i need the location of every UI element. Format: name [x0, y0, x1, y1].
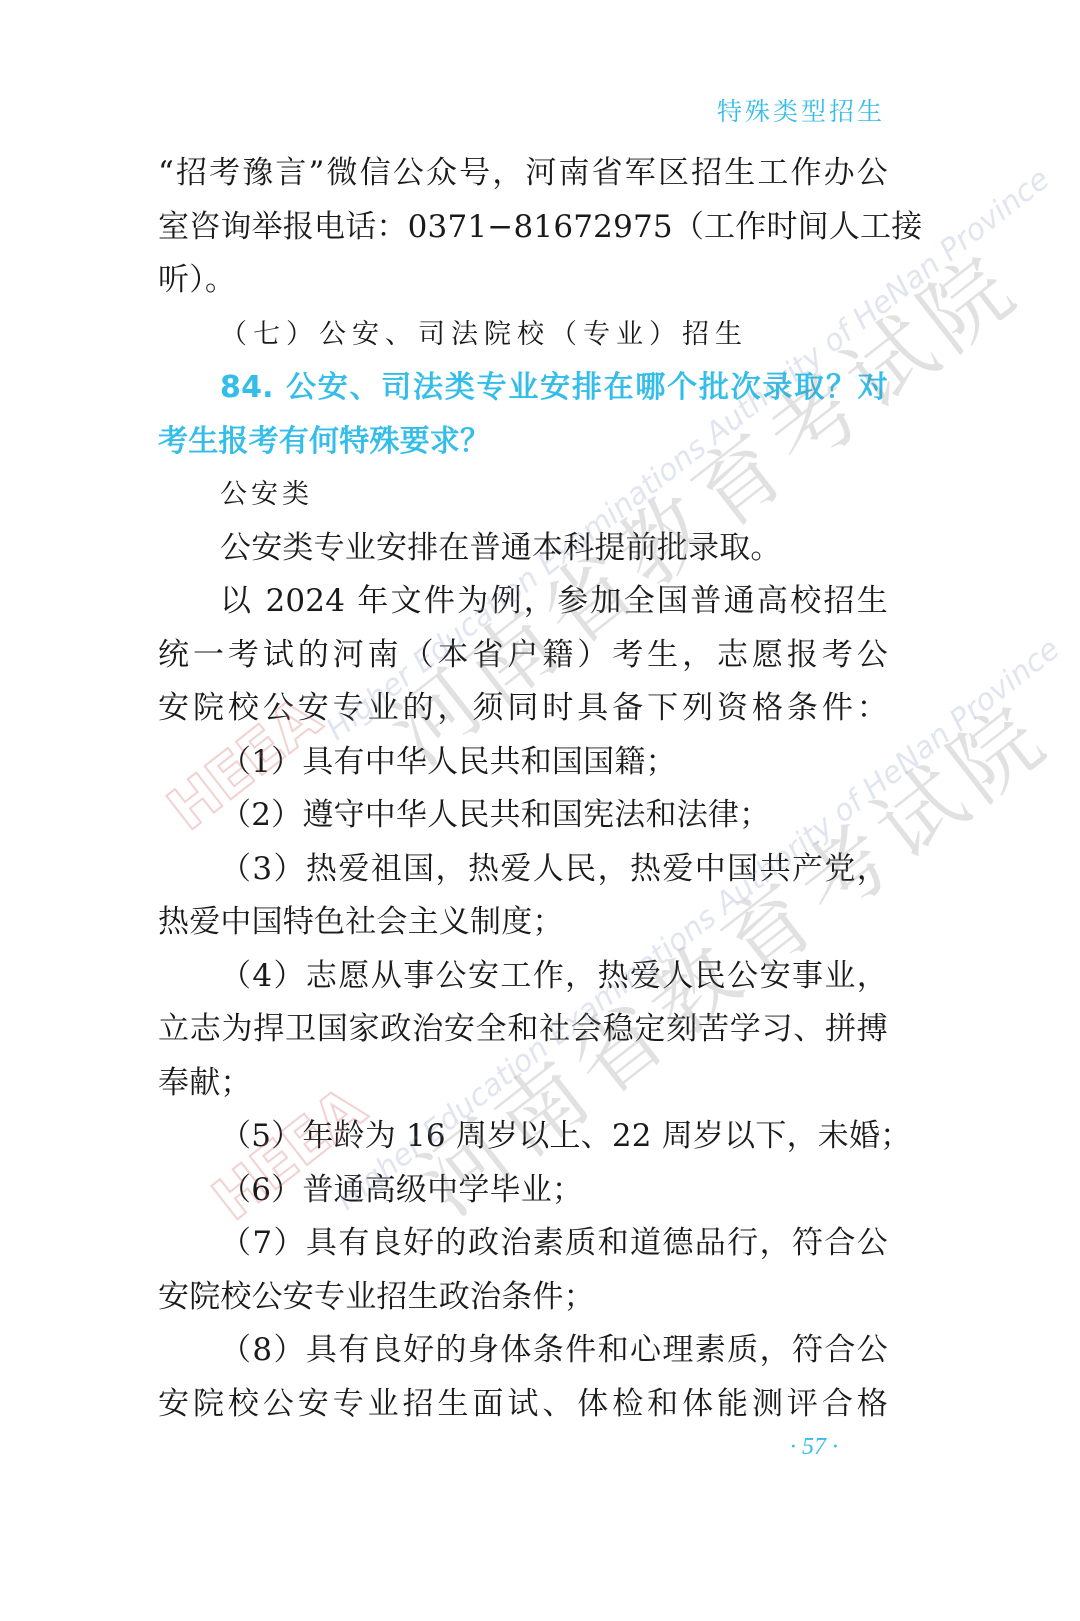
list-item: （1）具有中华人民共和国国籍；	[158, 736, 888, 790]
book-page: 特殊类型招生 “招考豫言”微信公众号，河南省军区招生工作办公 室咨询举报电话：0…	[0, 0, 1080, 1621]
list-item: （3）热爱祖国，热爱人民，热爱中国共产党，	[158, 843, 888, 897]
paragraph-line: “招考豫言”微信公众号，河南省军区招生工作办公	[158, 147, 888, 201]
list-item: （7）具有良好的政治素质和道德品行，符合公	[158, 1217, 888, 1271]
list-item: （2）遵守中华人民共和国宪法和法律；	[158, 789, 888, 843]
body-text: “招考豫言”微信公众号，河南省军区招生工作办公 室咨询举报电话：0371−816…	[158, 147, 888, 1431]
list-item: （6）普通高级中学毕业；	[158, 1164, 888, 1218]
list-item-continuation: 热爱中国特色社会主义制度；	[158, 896, 888, 950]
list-item-continuation: 安院校公安专业招生面试、体检和体能测评合格	[158, 1378, 888, 1432]
paragraph-line: 以 2024 年文件为例，参加全国普通高校招生	[158, 575, 888, 629]
list-item: （4）志愿从事公安工作，热爱人民公安事业，	[158, 950, 888, 1004]
list-item-continuation: 立志为捍卫国家政治安全和社会稳定刻苦学习、拼搏	[158, 1003, 888, 1057]
paragraph-line: 安院校公安专业的，须同时具备下列资格条件：	[158, 682, 888, 736]
running-head: 特殊类型招生	[717, 92, 885, 128]
question-heading: 84. 公安、司法类专业安排在哪个批次录取？对	[158, 361, 888, 415]
page-number: · 57 ·	[790, 1434, 838, 1461]
list-item: （5）年龄为 16 周岁以上、22 周岁以下，未婚；	[158, 1110, 888, 1164]
paragraph-line: 公安类专业安排在普通本科提前批录取。	[158, 522, 888, 576]
question-heading: 考生报考有何特殊要求？	[158, 415, 888, 469]
section-heading: （七）公安、司法院校（专业）招生	[158, 308, 888, 362]
subheading: 公安类	[158, 468, 888, 522]
paragraph-line: 听）。	[158, 254, 888, 308]
list-item-continuation: 奉献；	[158, 1057, 888, 1111]
paragraph-line: 室咨询举报电话：0371−81672975（工作时间人工接	[158, 201, 888, 255]
paragraph-line: 统一考试的河南（本省户籍）考生，志愿报考公	[158, 629, 888, 683]
list-item: （8）具有良好的身体条件和心理素质，符合公	[158, 1324, 888, 1378]
list-item-continuation: 安院校公安专业招生政治条件；	[158, 1271, 888, 1325]
